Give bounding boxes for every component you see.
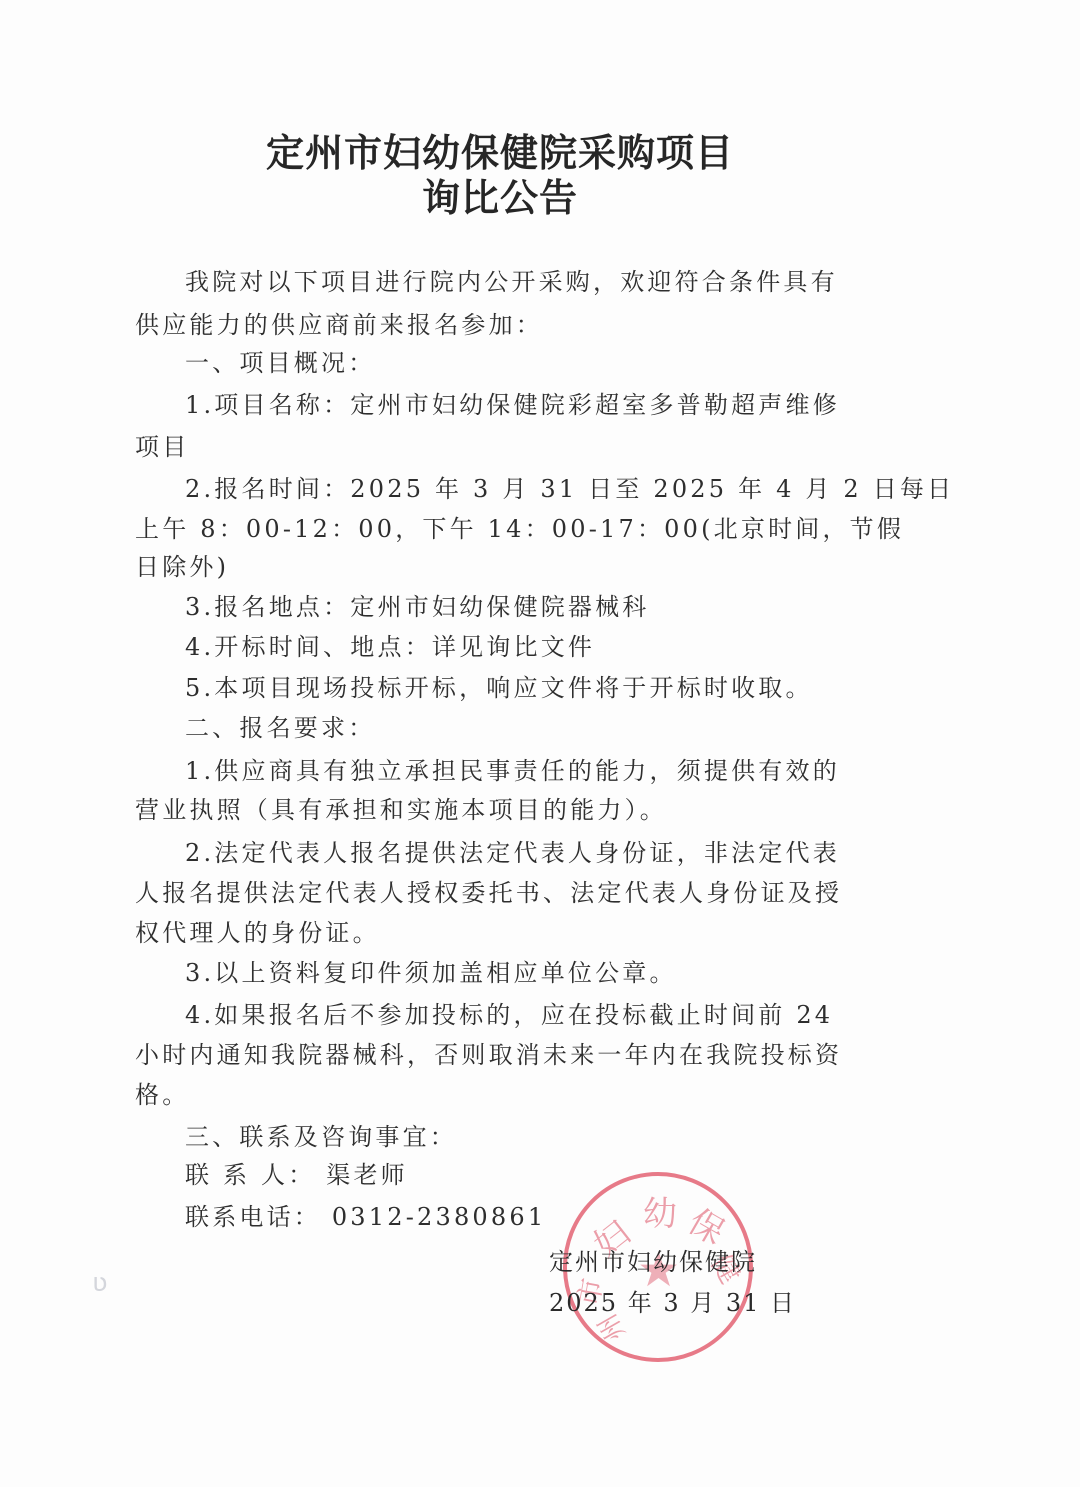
section2-item1-line1: 1.供应商具有独立承担民事责任的能力，须提供有效的 xyxy=(185,756,840,786)
section2-item3: 3.以上资料复印件须加盖相应单位公章。 xyxy=(185,958,677,988)
section2-item4-line3: 格。 xyxy=(135,1080,189,1110)
scan-smudge-mark: ʋ xyxy=(92,1268,108,1298)
section2-item2-line3: 权代理人的身份证。 xyxy=(135,918,380,948)
section2-item4-line1: 4.如果报名后不参加投标的，应在投标截止时间前 24 xyxy=(185,1000,833,1030)
section1-item1-line1: 1.项目名称：定州市妇幼保健院彩超室多普勒超声维修 xyxy=(185,390,840,420)
section2-item1-line2: 营业执照（具有承担和实施本项目的能力）。 xyxy=(135,795,667,825)
section1-item2-line3: 日除外) xyxy=(135,552,229,582)
intro-line2: 供应能力的供应商前来报名参加： xyxy=(135,310,543,340)
section2-item2-line1: 2.法定代表人报名提供法定代表人身份证，非法定代表 xyxy=(185,838,840,868)
section1-item2-line1: 2.报名时间：2025 年 3 月 31 日至 2025 年 4 月 2 日每日 xyxy=(185,474,954,504)
contact-phone: 联系电话： 0312-2380861 xyxy=(185,1202,546,1232)
section1-item4: 4.开标时间、地点：详见询比文件 xyxy=(185,632,595,662)
stamp-char: 幼 xyxy=(643,1186,677,1235)
intro-line1: 我院对以下项目进行院内公开采购，欢迎符合条件具有 xyxy=(185,267,838,297)
section1-item2-line2: 上午 8：00-12：00，下午 14：00-17：00(北京时间，节假 xyxy=(135,514,904,544)
section2-heading: 二、报名要求： xyxy=(185,713,375,743)
document-page: 定州市妇幼保健院采购项目 询比公告 我院对以下项目进行院内公开采购，欢迎符合条件… xyxy=(0,0,1080,1487)
section1-heading: 一、项目概况： xyxy=(185,348,375,378)
section3-heading: 三、联系及咨询事宜： xyxy=(185,1122,457,1152)
signature-organization: 定州市妇幼保健院 xyxy=(549,1242,757,1277)
contact-person: 联 系 人： 渠老师 xyxy=(185,1160,408,1190)
signature-date: 2025 年 3 月 31 日 xyxy=(549,1283,796,1318)
section2-item2-line2: 人报名提供法定代表人授权委托书、法定代表人身份证及授 xyxy=(135,878,842,908)
document-title-line2: 询比公告 xyxy=(0,167,1000,222)
section1-item5: 5.本项目现场投标开标，响应文件将于开标时收取。 xyxy=(185,673,813,703)
section1-item3: 3.报名地点：定州市妇幼保健院器械科 xyxy=(185,592,650,622)
section1-item1-line2: 项目 xyxy=(135,432,189,462)
section2-item4-line2: 小时内通知我院器械科，否则取消未来一年内在我院投标资 xyxy=(135,1040,842,1070)
